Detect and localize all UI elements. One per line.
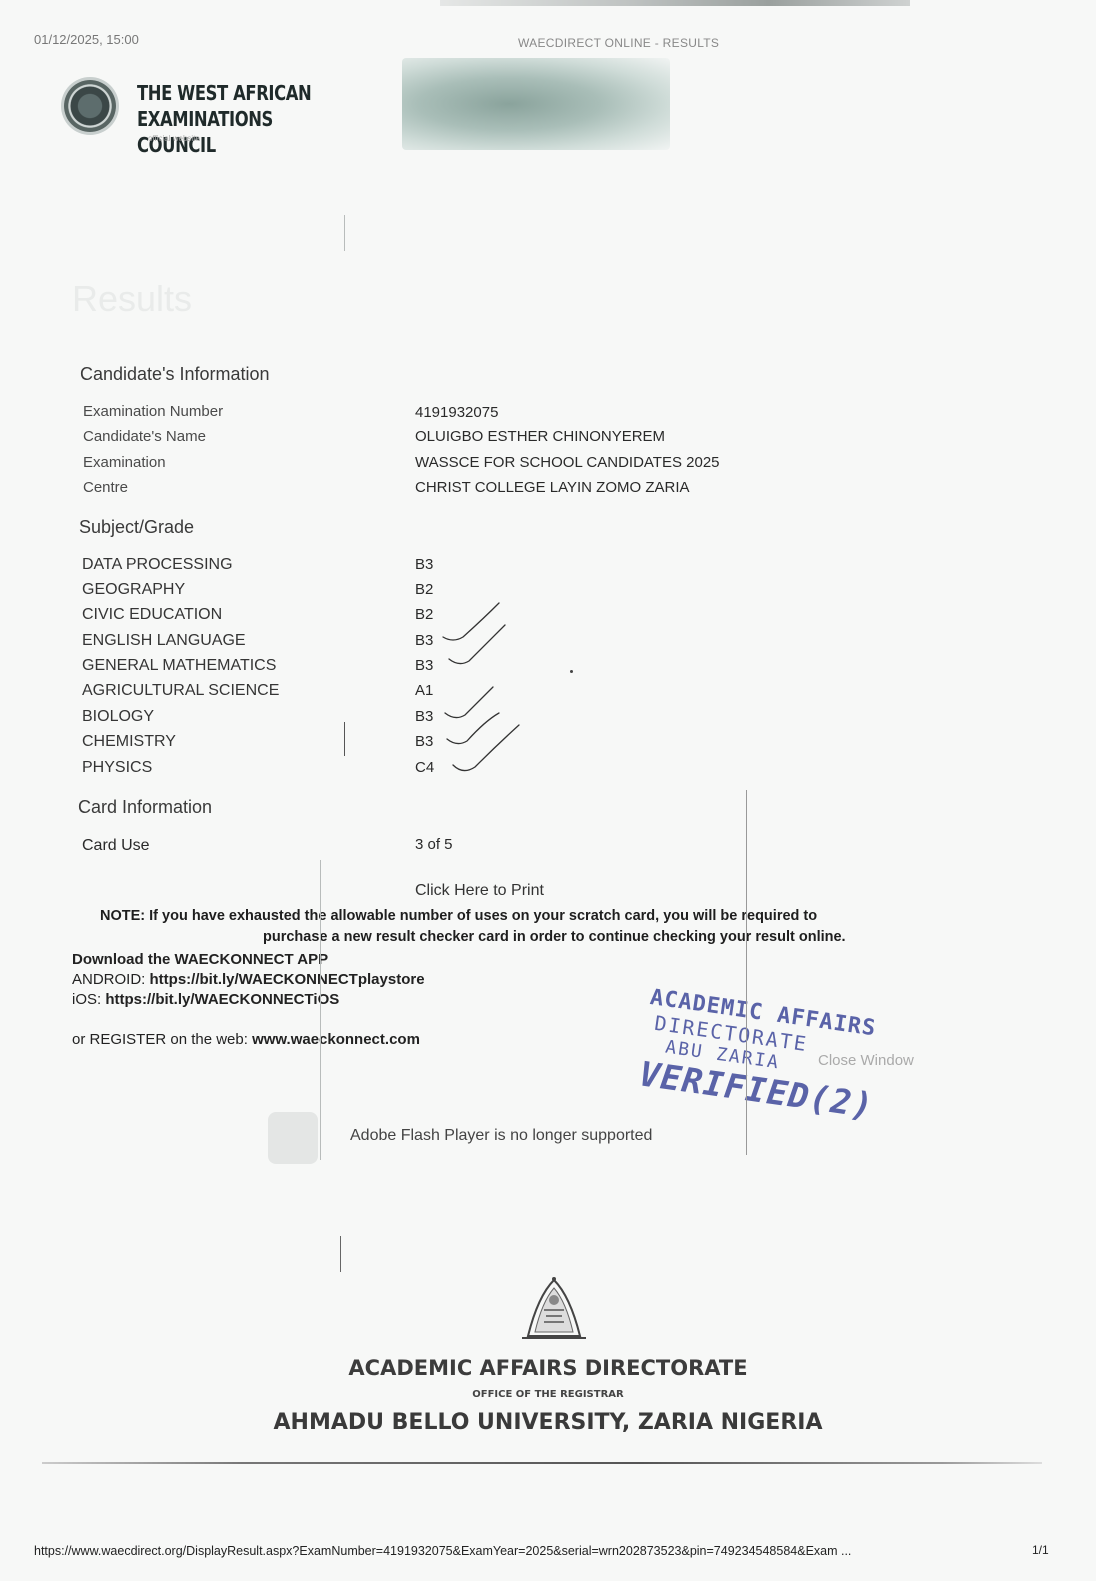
subject-grade: B3	[415, 708, 433, 725]
scratch-card-note: NOTE: If you have exhausted the allowabl…	[100, 906, 940, 948]
examination-label: Examination	[83, 454, 166, 471]
scan-line	[344, 215, 345, 251]
abu-registrar-office: OFFICE OF THE REGISTRAR	[0, 1389, 1096, 1400]
scan-line	[344, 722, 345, 756]
scan-line	[340, 1236, 341, 1272]
subject-name: BIOLOGY	[82, 708, 154, 726]
divider-line	[42, 1462, 1042, 1464]
scan-fold-line	[320, 860, 321, 1160]
grade-row: GENERAL MATHEMATICS B3	[82, 657, 482, 682]
print-page-title: WAECDIRECT ONLINE - RESULTS	[518, 36, 719, 50]
subject-name: ENGLISH LANGUAGE	[82, 632, 246, 650]
grade-row: DATA PROCESSING B3	[82, 556, 482, 581]
page-heading: Results	[72, 278, 192, 320]
centre-value: CHRIST COLLEGE LAYIN ZOMO ZARIA	[415, 479, 690, 496]
candidate-name-label: Candidate's Name	[83, 428, 206, 445]
subject-name: AGRICULTURAL SCIENCE	[82, 682, 279, 700]
grade-row: BIOLOGY B3	[82, 708, 482, 733]
android-label: ANDROID:	[72, 971, 150, 988]
candidate-name-value: OLUIGBO ESTHER CHINONYEREM	[415, 428, 665, 445]
ios-label: iOS:	[72, 991, 105, 1008]
subject-grade: B3	[415, 657, 433, 674]
subject-grade: B2	[415, 581, 433, 598]
grade-row: CHEMISTRY B3	[82, 733, 482, 758]
header-banner-image	[402, 58, 670, 150]
print-link[interactable]: Click Here to Print	[415, 882, 544, 900]
subject-name: PHYSICS	[82, 759, 152, 777]
grade-row: GEOGRAPHY B2	[82, 581, 482, 606]
examination-value: WASSCE FOR SCHOOL CANDIDATES 2025	[415, 454, 720, 471]
grade-row: CIVIC EDUCATION B2	[82, 606, 482, 631]
subject-name: GENERAL MATHEMATICS	[82, 657, 276, 675]
abu-directorate-title: ACADEMIC AFFAIRS DIRECTORATE	[0, 1356, 1096, 1380]
register-link[interactable]: www.waeckonnect.com	[252, 1031, 420, 1048]
note-line-1: If you have exhausted the allowable numb…	[145, 908, 817, 924]
footer-url: https://www.waecdirect.org/DisplayResult…	[34, 1544, 851, 1558]
grade-row: ENGLISH LANGUAGE B3	[82, 632, 482, 657]
plugin-puzzle-icon	[268, 1112, 318, 1164]
logo-line-1: THE WEST AFRICAN	[137, 80, 315, 106]
print-datetime: 01/12/2025, 15:00	[34, 32, 139, 47]
subject-grade: A1	[415, 682, 433, 699]
logo-line-2: EXAMINATIONS COUNCIL	[137, 106, 315, 158]
card-use-label: Card Use	[82, 837, 150, 855]
centre-label: Centre	[83, 479, 128, 496]
register-label: or REGISTER on the web:	[72, 1031, 252, 1048]
waec-logo-text: THE WEST AFRICAN EXAMINATIONS COUNCIL	[137, 80, 315, 158]
logo-tagline: official website	[148, 134, 200, 143]
flash-unsupported-message: Adobe Flash Player is no longer supporte…	[350, 1127, 652, 1145]
verification-stamp: ACADEMIC AFFAIRS DIRECTORATE ABU ZARIA V…	[631, 985, 909, 1170]
subject-grade: B3	[415, 556, 433, 573]
grade-row: AGRICULTURAL SCIENCE A1	[82, 682, 482, 707]
subject-grade: B3	[415, 632, 433, 649]
subject-name: DATA PROCESSING	[82, 556, 233, 574]
abu-crest-icon	[518, 1276, 590, 1344]
waec-logo: THE WEST AFRICAN EXAMINATIONS COUNCIL of…	[64, 80, 354, 144]
grade-row: PHYSICS C4	[82, 759, 482, 784]
ios-download: iOS: https://bit.ly/WAECKONNECTiOS	[72, 991, 339, 1008]
scan-fold-line	[746, 790, 747, 1155]
exam-number-value: 4191932075	[415, 404, 498, 421]
android-link[interactable]: https://bit.ly/WAECKONNECTplaystore	[150, 971, 425, 988]
note-line-2: purchase a new result checker card in or…	[100, 927, 940, 948]
card-use-value: 3 of 5	[415, 836, 453, 853]
card-info-title: Card Information	[78, 797, 212, 818]
subject-name: CIVIC EDUCATION	[82, 606, 222, 624]
top-scan-strip	[440, 0, 910, 6]
subject-grade: B3	[415, 733, 433, 750]
subject-name: CHEMISTRY	[82, 733, 176, 751]
subject-grade: C4	[415, 759, 434, 776]
footer-page-number: 1/1	[1032, 1543, 1049, 1557]
ios-link[interactable]: https://bit.ly/WAECKONNECTiOS	[105, 991, 339, 1008]
android-download: ANDROID: https://bit.ly/WAECKONNECTplays…	[72, 971, 425, 988]
waec-seal-icon	[64, 80, 116, 132]
abu-university-name: AHMADU BELLO UNIVERSITY, ZARIA NIGERIA	[0, 1410, 1096, 1435]
ink-dot	[570, 670, 573, 673]
candidate-info-title: Candidate's Information	[80, 364, 270, 385]
handwritten-check-marks-icon	[435, 595, 535, 785]
subject-grade-title: Subject/Grade	[79, 517, 194, 538]
download-app-title: Download the WAECKONNECT APP	[72, 951, 328, 968]
subject-grade: B2	[415, 606, 433, 623]
subject-name: GEOGRAPHY	[82, 581, 185, 599]
register-web: or REGISTER on the web: www.waeckonnect.…	[72, 1031, 420, 1048]
note-prefix: NOTE:	[100, 908, 145, 924]
exam-number-label: Examination Number	[83, 403, 223, 420]
